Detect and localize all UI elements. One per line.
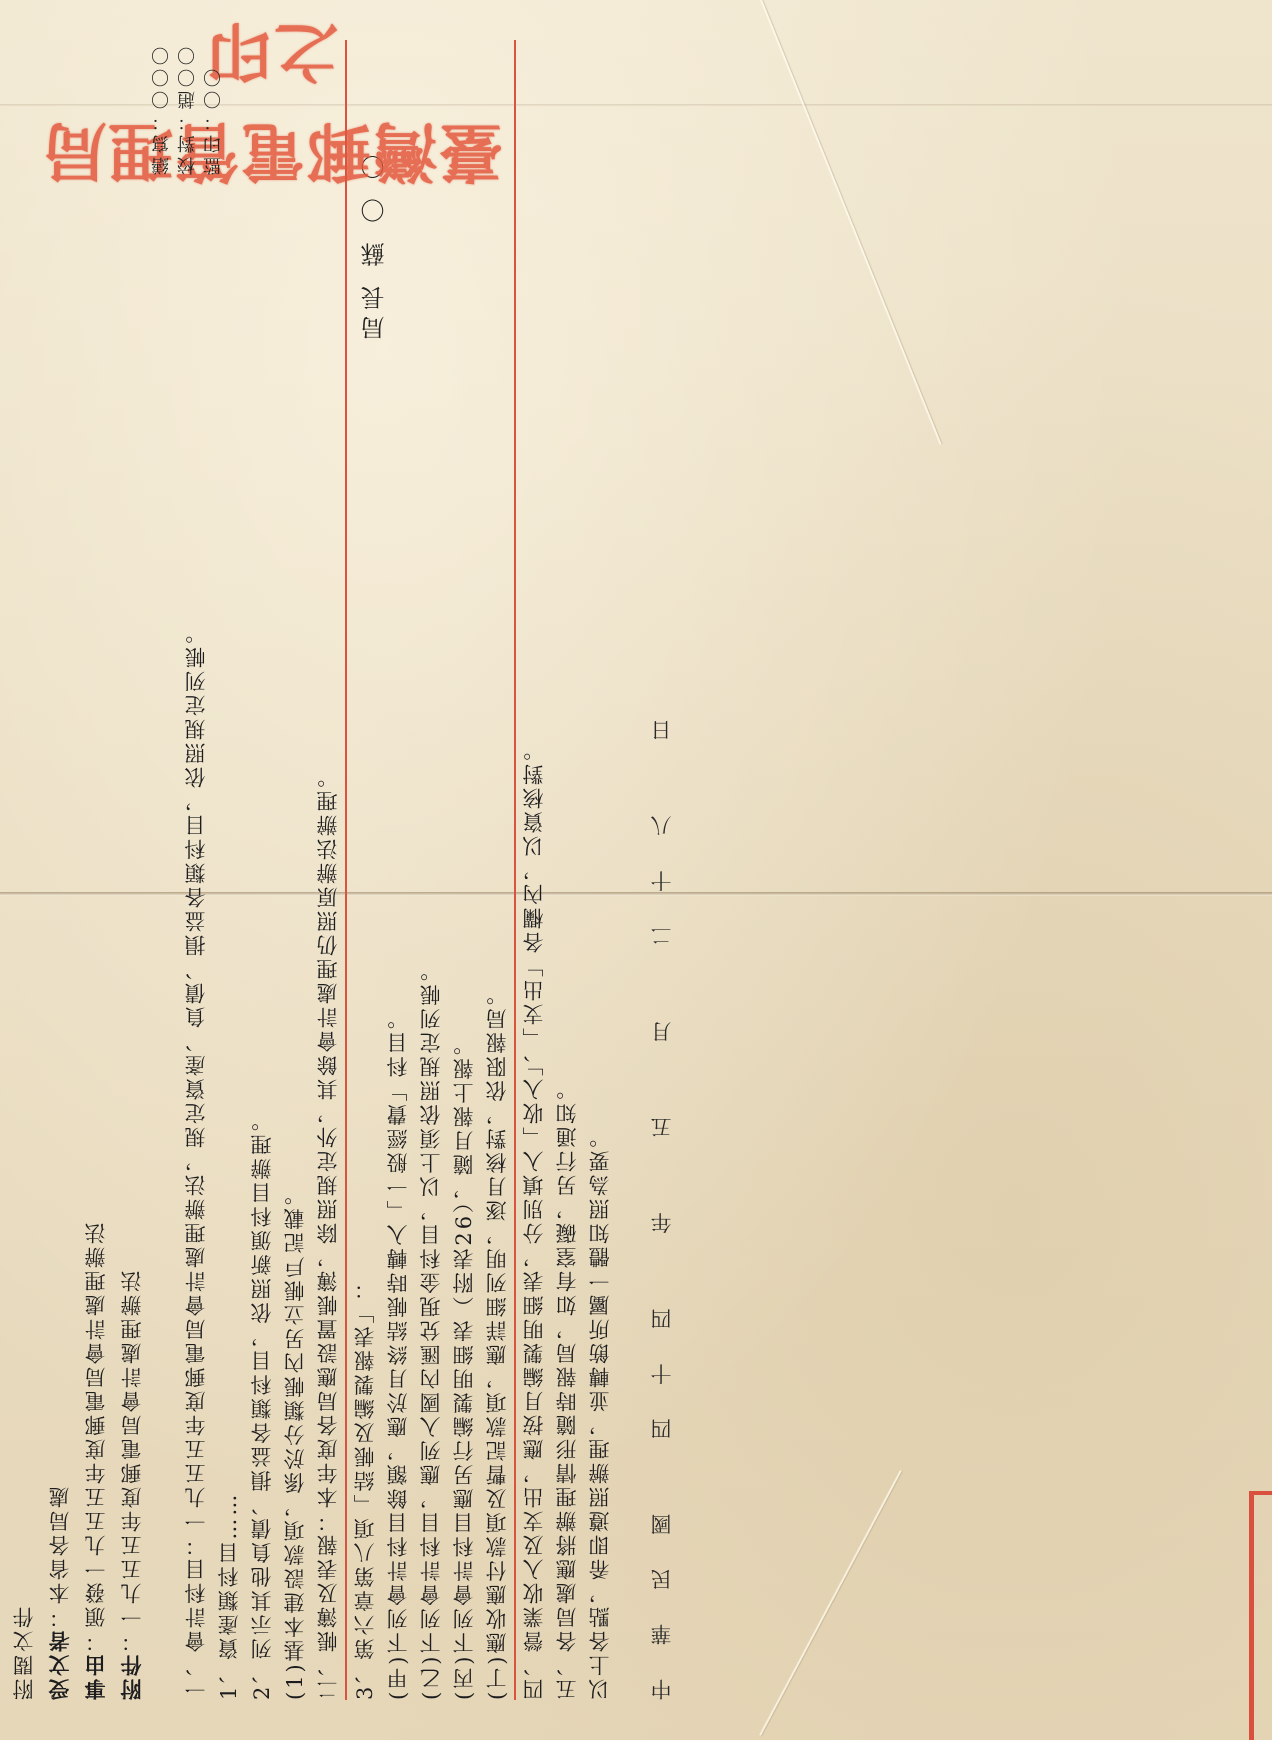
section-marker: 一、 xyxy=(184,1652,208,1700)
section-text: 基本建設款項，係於分類帳內另立帳戶記載。 xyxy=(283,1181,307,1661)
section-marker: 四、 xyxy=(522,1652,546,1700)
body-section: 一、會計科目：一九五五年度郵電局會計處理辦法，規定資產、負債、損益各類科目，依照… xyxy=(182,40,211,1700)
body-section: (丁)應收應付款項及暫記款項，應詳細列明，逐月核對，依限報局。 xyxy=(483,40,516,1700)
proofreading-entry: 繕寫：〇〇〇 xyxy=(149,43,175,175)
recipient-label: 受文者 xyxy=(47,1628,72,1700)
body-section: (1)基本建設款項，係於分類帳內另立帳戶記載。 xyxy=(281,40,310,1700)
recipient: 本省各局處 xyxy=(48,1484,72,1604)
section-text: 應收應付款項及暫記款項，應詳細列明，逐月核對，依限報局。 xyxy=(485,982,509,1654)
section-text: 下列會計科目應另行編製明細表（附表26），隨月報上報。 xyxy=(452,1031,476,1653)
section-marker: (乙) xyxy=(419,1654,443,1700)
closing-text: 以上各點，希即遵照辦理，並轉飭所屬一體知照為要。 xyxy=(586,40,615,1700)
header-fragment: 附閱文件 xyxy=(10,40,39,1700)
body-section: 二、帳簿及表報：本年度各局應設置帳簿，除照規定外，其餘會計處理仍照原辦法辦理。 xyxy=(314,40,347,1700)
section-marker: (丙) xyxy=(452,1654,476,1700)
section-marker: (1) xyxy=(283,1661,307,1700)
section-marker: (甲) xyxy=(386,1654,410,1700)
attachment: 一九五五年度郵電局會計處理辦法 xyxy=(120,1268,144,1628)
section-text: 各局處應將辦理情形隨時報局，如有窒礙，另行通知。 xyxy=(555,1076,579,1652)
attachment-label: 附件 xyxy=(119,1652,144,1700)
section-text: 帳簿及表報：本年度各局應設置帳簿，除照規定外，其餘會計處理仍照原辦法辦理。 xyxy=(316,764,340,1652)
rotated-document: 附閱文件 受文者：本省各局處 事由：頒發一九五五年度郵電局會計處理辦法 附件：一… xyxy=(0,0,1272,1740)
proofreading-entry: 監印：〇〇 xyxy=(201,43,227,175)
proofreading-entry: 校對：趙〇〇 xyxy=(175,43,201,175)
section-text: 列示其他負債、損益各類科目，依照新頒科目辦理。 xyxy=(250,1108,274,1660)
issue-date: 中華民國 四十四 年 五 月 二十八 日 xyxy=(648,40,677,1700)
section-text: 第六章第八項「結帳及編製報表」： xyxy=(353,1276,377,1660)
body-section: 2、列示其他負債、損益各類科目，依照新頒科目辦理。 xyxy=(248,40,277,1700)
proofreading-block: 繕寫：〇〇〇校對：趙〇〇監印：〇〇 xyxy=(149,43,227,175)
section-marker: 1、 xyxy=(217,1660,241,1700)
section-text: 資產類科目…… xyxy=(217,1492,241,1660)
subject-line: 事由：頒發一九五五年度郵電局會計處理辦法 xyxy=(81,40,111,1700)
subject: 頒發一九五五年度郵電局會計處理辦法 xyxy=(84,1220,108,1628)
section-marker: 五、 xyxy=(555,1652,579,1700)
body-section: 四、營業收入及支出，應按月編製明細表，分別填入「收入」、「支出」各欄內，以資核對… xyxy=(520,40,549,1700)
attachment-line: 附件：一九五五年度郵電局會計處理辦法 xyxy=(117,40,147,1700)
body-section: (丙)下列會計科目應另行編製明細表（附表26），隨月報上報。 xyxy=(450,40,479,1700)
section-marker: 3、 xyxy=(353,1660,377,1700)
section-marker: (丁) xyxy=(485,1654,509,1700)
body-section: 五、各局處應將辦理情形隨時報局，如有窒礙，另行通知。 xyxy=(553,40,582,1700)
subject-label: 事由 xyxy=(83,1652,108,1700)
body-section: 1、資產類科目…… xyxy=(215,40,244,1700)
section-text: 營業收入及支出，應按月編製明細表，分別填入「收入」、「支出」各欄內，以資核對。 xyxy=(522,737,546,1652)
recipient-line: 受文者：本省各局處 xyxy=(45,40,75,1700)
section-text: 下列會計科目餘額，應於月終結帳時轉入「一般經費」科目。 xyxy=(386,1006,410,1654)
section-marker: 二、 xyxy=(316,1652,340,1700)
section-text: 會計科目：一九五五年度郵電局會計處理辦法，規定資產、負債、損益各類科目，依照規定… xyxy=(184,620,208,1652)
document-body: 附閱文件 受文者：本省各局處 事由：頒發一九五五年度郵電局會計處理辦法 附件：一… xyxy=(10,40,1262,1700)
body-section: (乙)下列會計科目，應列入國內匯兌現金科目，以上須依照規定列帳。 xyxy=(417,40,446,1700)
official-seal: 臺灣郵電管理局之印 xyxy=(32,100,512,200)
proofreading-lines: 繕寫：〇〇〇校對：趙〇〇監印：〇〇 xyxy=(149,43,227,175)
section-text: 下列會計科目，應列入國內匯兌現金科目，以上須依照規定列帳。 xyxy=(419,958,443,1654)
section-marker: 2、 xyxy=(250,1660,274,1700)
